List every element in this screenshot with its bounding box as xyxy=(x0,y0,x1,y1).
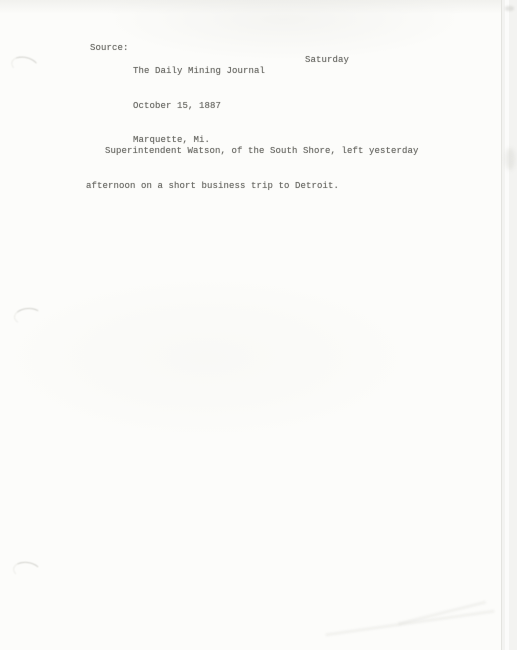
paper-edge-highlight xyxy=(505,0,509,650)
corner-notch-mark xyxy=(505,6,514,11)
source-label: Source: xyxy=(90,43,129,55)
weekday-label: Saturday xyxy=(305,55,349,67)
punch-hole-mark xyxy=(9,54,40,77)
edge-smudge-mark xyxy=(505,148,515,170)
article-paragraph: Superintendent Watson, of the South Shor… xyxy=(86,123,419,215)
paper-crease xyxy=(326,610,495,636)
punch-hole-mark xyxy=(12,560,42,581)
scanned-page: Source: The Daily Mining Journal October… xyxy=(0,0,517,650)
paragraph-line: Superintendent Watson, of the South Shor… xyxy=(86,146,419,158)
punch-hole-mark xyxy=(13,307,42,326)
source-title: The Daily Mining Journal xyxy=(133,66,265,78)
source-date: October 15, 1887 xyxy=(133,101,265,113)
paragraph-line: afternoon on a short business trip to De… xyxy=(86,181,419,193)
paper-right-edge xyxy=(501,0,517,650)
